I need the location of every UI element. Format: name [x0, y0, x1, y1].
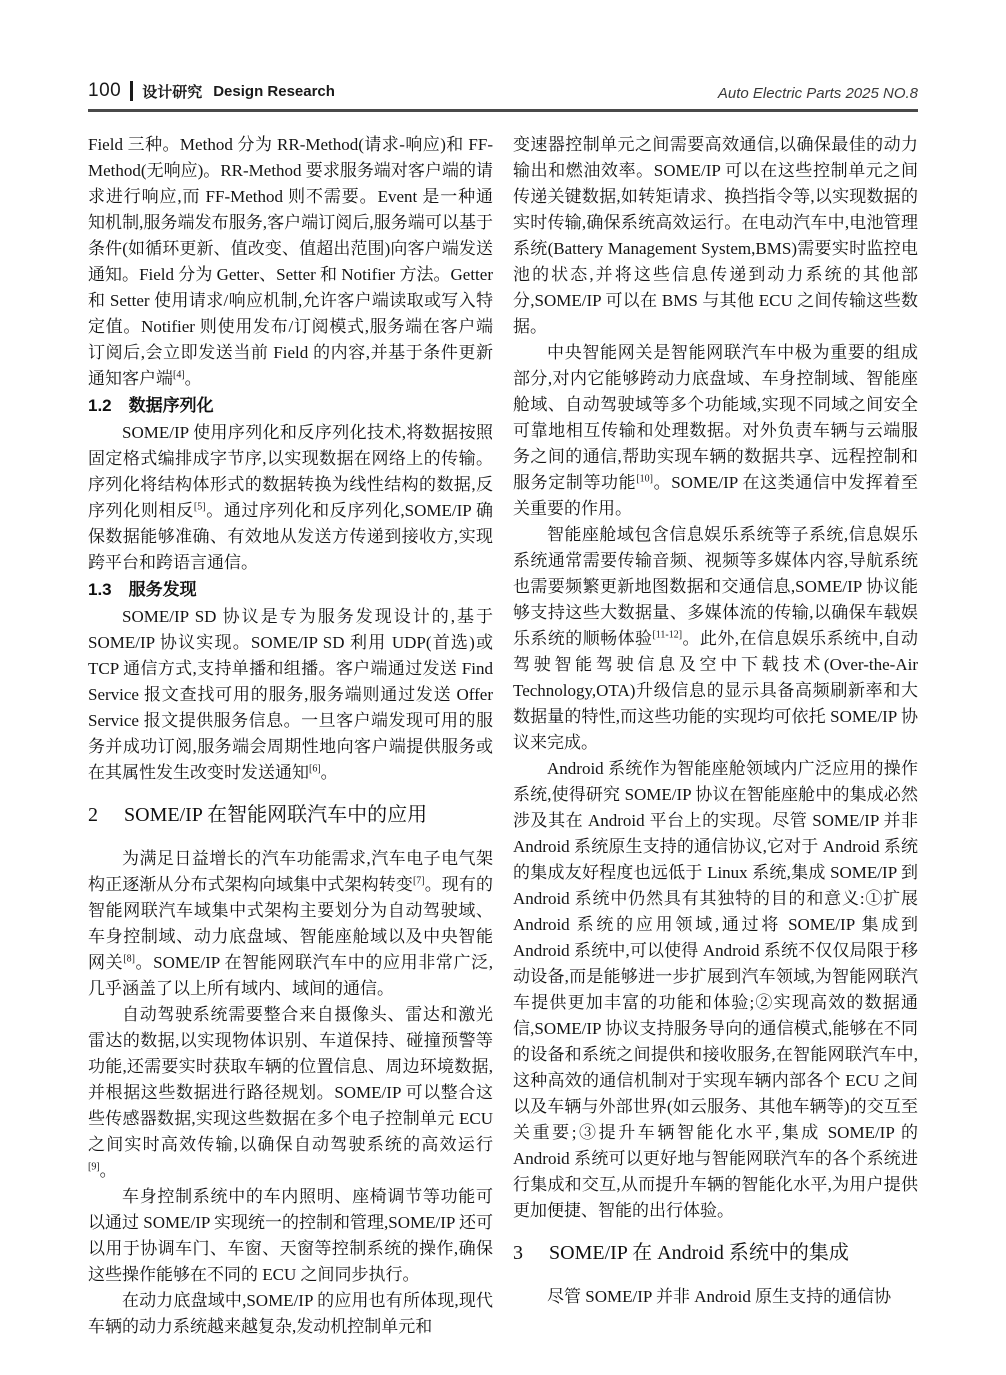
heading-title: SOME/IP 在 Android 系统中的集成	[549, 1242, 849, 1264]
paragraph-smart-cockpit: 智能座舱域包含信息娱乐系统等子系统,信息娱乐系统通常需要传输音频、视频等多媒体内…	[513, 522, 918, 756]
heading-3-android-integration: 3SOME/IP 在 Android 系统中的集成	[513, 1239, 918, 1267]
reference-marker: [11-12]	[652, 629, 682, 640]
paragraph-central-gateway: 中央智能网关是智能网联汽车中极为重要的组成部分,对内它能够跨动力底盘域、车身控制…	[513, 340, 918, 522]
heading-number: 2	[88, 804, 98, 826]
paragraph-android-integration-start: 尽管 SOME/IP 并非 Android 原生支持的通信协	[513, 1284, 918, 1310]
paragraph-text: 。	[185, 369, 202, 388]
paragraph-text: 车身控制系统中的车内照明、座椅调节等功能可以通过 SOME/IP 实现统一的控制…	[88, 1187, 493, 1284]
paragraph-text: 自动驾驶系统需要整合来自摄像头、雷达和激光雷达的数据,以实现物体识别、车道保持、…	[88, 1005, 493, 1154]
reference-marker: [6]	[309, 763, 321, 774]
two-column-layout: Field 三种。Method 分为 RR-Method(请求-响应)和 FF-…	[88, 132, 918, 1340]
paragraph-text: 尽管 SOME/IP 并非 Android 原生支持的通信协	[547, 1287, 891, 1306]
left-column: Field 三种。Method 分为 RR-Method(请求-响应)和 FF-…	[88, 132, 493, 1340]
paragraph-android-significance: Android 系统作为智能座舱领域内广泛应用的操作系统,使得研究 SOME/I…	[513, 756, 918, 1224]
header-divider-bar	[130, 81, 133, 101]
page-header: 100 设计研究 Design Research Auto Electric P…	[88, 76, 918, 102]
header-rule	[88, 109, 918, 112]
paragraph-text: Android 系统作为智能座舱领域内广泛应用的操作系统,使得研究 SOME/I…	[513, 759, 918, 1220]
journal-name: Auto Electric Parts 2025 NO.8	[718, 85, 918, 102]
journal-page: 100 设计研究 Design Research Auto Electric P…	[0, 0, 1006, 1375]
paragraph-text: 。SOME/IP 在智能网联汽车中的应用非常广泛,几乎涵盖了以上所有域内、域间的…	[88, 953, 493, 998]
right-column: 变速器控制单元之间需要高效通信,以确保最佳的动力输出和燃油效率。SOME/IP …	[513, 132, 918, 1340]
reference-marker: [5]	[194, 501, 206, 512]
heading-number: 3	[513, 1242, 523, 1264]
heading-1-3-service-discovery: 1.3服务发现	[88, 577, 493, 603]
paragraph-field-methods: Field 三种。Method 分为 RR-Method(请求-响应)和 FF-…	[88, 132, 493, 392]
reference-marker: [8]	[123, 953, 135, 964]
header-left: 100 设计研究 Design Research	[88, 80, 335, 102]
reference-marker: [4]	[173, 369, 185, 380]
paragraph-text: Field 三种。Method 分为 RR-Method(请求-响应)和 FF-…	[88, 135, 493, 388]
heading-title: 服务发现	[129, 580, 197, 599]
heading-title: 数据序列化	[129, 396, 214, 415]
paragraph-autonomous-driving: 自动驾驶系统需要整合来自摄像头、雷达和激光雷达的数据,以实现物体识别、车道保持、…	[88, 1002, 493, 1184]
section-title-en: Design Research	[213, 83, 335, 100]
section-title-zh: 设计研究	[142, 81, 202, 102]
page-number: 100	[88, 80, 121, 102]
paragraph-text: 。	[321, 763, 338, 782]
paragraph-text: 中央智能网关是智能网联汽车中极为重要的组成部分,对内它能够跨动力底盘域、车身控制…	[513, 343, 918, 492]
paragraph-text: 变速器控制单元之间需要高效通信,以确保最佳的动力输出和燃油效率。SOME/IP …	[513, 135, 918, 336]
paragraph-service-discovery: SOME/IP SD 协议是专为服务发现设计的,基于 SOME/IP 协议实现。…	[88, 604, 493, 786]
reference-marker: [10]	[636, 473, 653, 484]
heading-number: 1.3	[88, 580, 112, 599]
paragraph-architecture: 为满足日益增长的汽车功能需求,汽车电子电气架构正逐渐从分布式架构向域集中式架构转…	[88, 846, 493, 1002]
heading-2-application: 2SOME/IP 在智能网联汽车中的应用	[88, 801, 493, 829]
reference-marker: [7]	[413, 875, 425, 886]
paragraph-text: 在动力底盘域中,SOME/IP 的应用也有所体现,现代车辆的动力系统越来越复杂,…	[88, 1291, 493, 1336]
heading-number: 1.2	[88, 396, 112, 415]
paragraph-body-control: 车身控制系统中的车内照明、座椅调节等功能可以通过 SOME/IP 实现统一的控制…	[88, 1184, 493, 1288]
paragraph-powertrain-start: 在动力底盘域中,SOME/IP 的应用也有所体现,现代车辆的动力系统越来越复杂,…	[88, 1288, 493, 1340]
paragraph-text: SOME/IP SD 协议是专为服务发现设计的,基于 SOME/IP 协议实现。…	[88, 607, 493, 782]
heading-1-2-serialization: 1.2数据序列化	[88, 393, 493, 419]
heading-title: SOME/IP 在智能网联汽车中的应用	[124, 804, 427, 826]
reference-marker: [9]	[88, 1161, 100, 1172]
paragraph-text: 。	[100, 1161, 117, 1180]
paragraph-powertrain-continued: 变速器控制单元之间需要高效通信,以确保最佳的动力输出和燃油效率。SOME/IP …	[513, 132, 918, 340]
paragraph-serialization: SOME/IP 使用序列化和反序列化技术,将数据按照固定格式编排成字节序,以实现…	[88, 420, 493, 576]
